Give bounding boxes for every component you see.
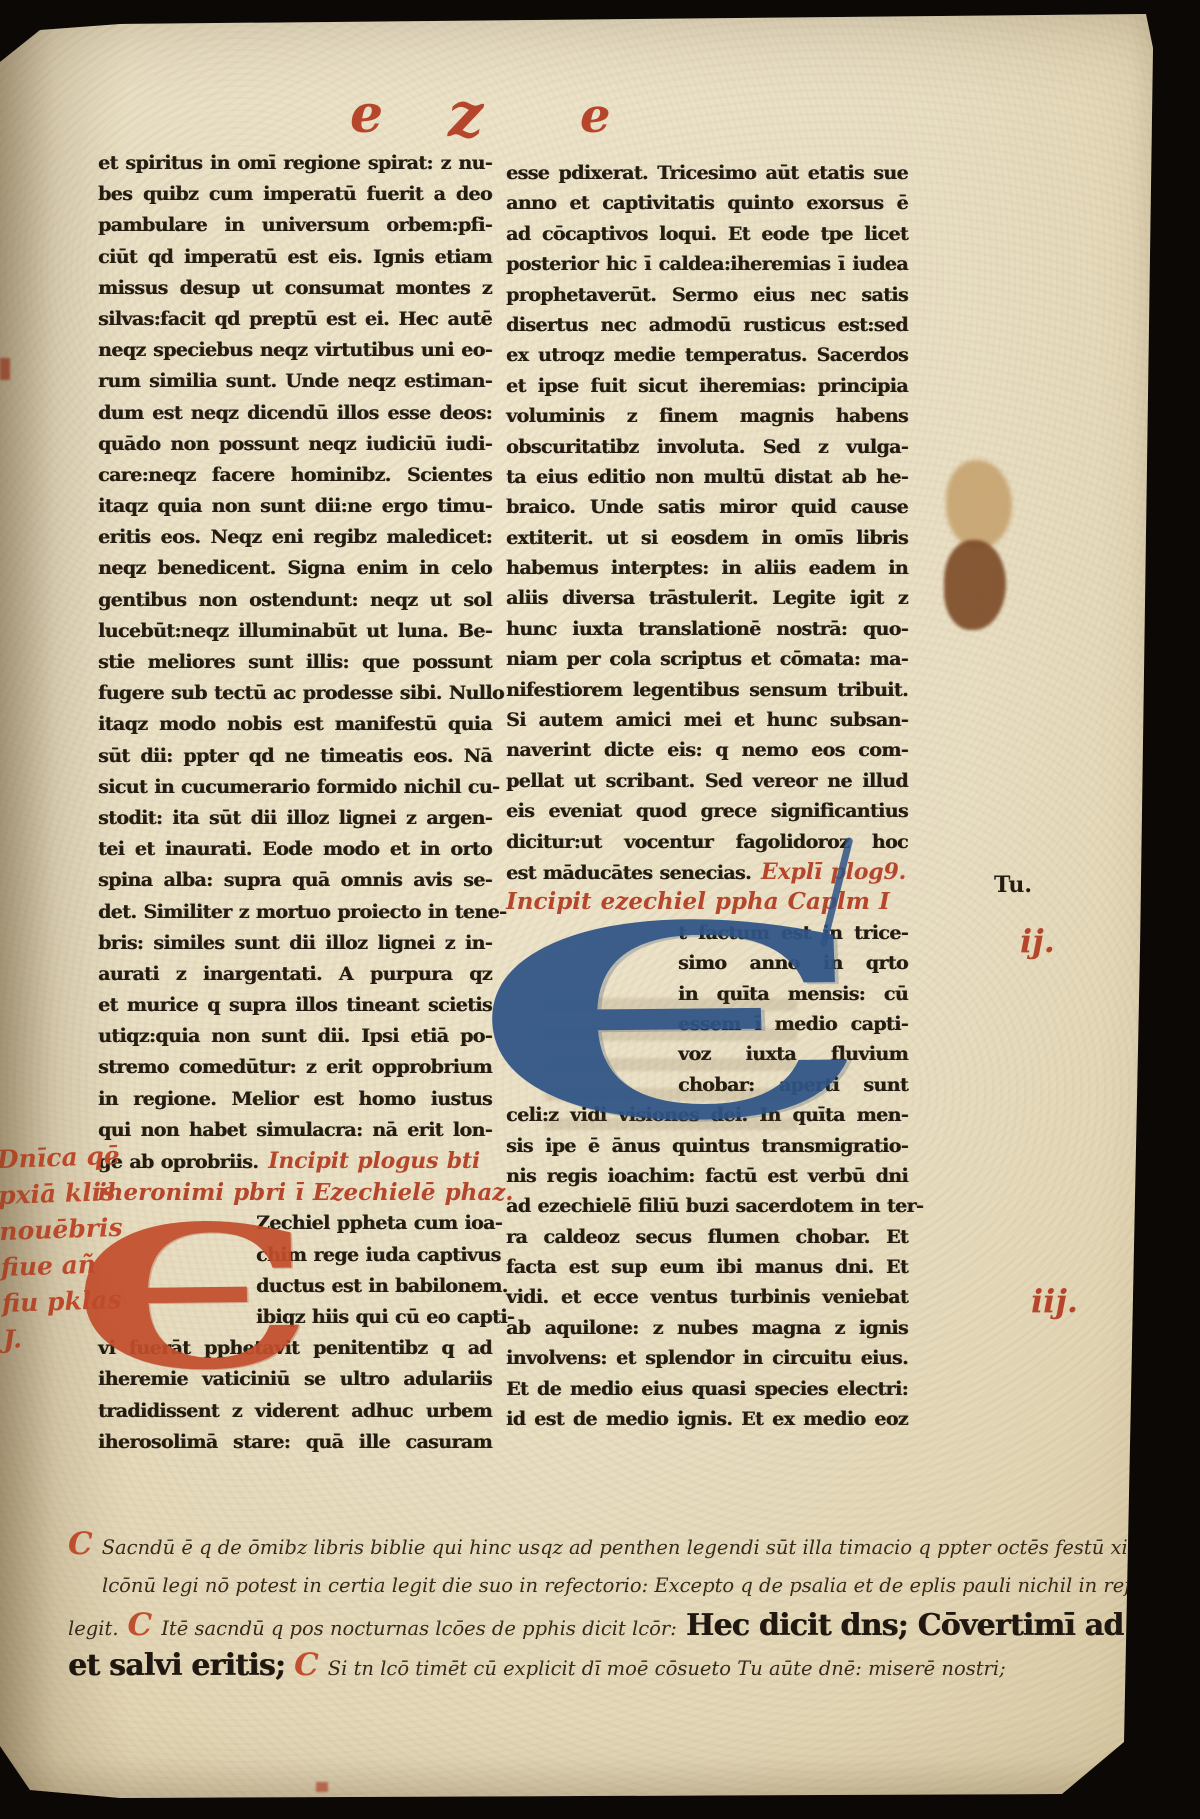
left-marginalia-note: Dnīca qēpxiā klisnouēbrisfiue añfiu pkla… xyxy=(0,1138,122,1358)
text-line: ab aquilone: z nubes magna z ignis xyxy=(506,1313,908,1343)
text-line-with-rubric: ge ab oprobriis. Incipit plogus bti xyxy=(98,1146,492,1177)
chapter-numeral-iii: iij. xyxy=(1031,1282,1078,1320)
text-line: utiqz:quia non sunt dii. Ipsi etiā po- xyxy=(98,1021,492,1052)
text-line: bes quibz cum imperatū fuerit a deo xyxy=(98,179,492,210)
text-line: voluminis z finem magnis habens xyxy=(506,401,908,431)
text-line: nifestiorem legentibus sensum tribuit. xyxy=(506,675,908,705)
text-line: lucebūt:neqz illuminabūt ut luna. Be- xyxy=(98,616,492,647)
annotation-text: Itē sacndū q pos nocturnas lcōes de pphi… xyxy=(161,1617,677,1640)
marginalia-line: fiue añ xyxy=(0,1246,119,1286)
annotation-line-3: legit. C Itē sacndū q pos nocturnas lcōe… xyxy=(68,1608,1193,1643)
manuscript-page: e z e et spiritus in omī regione spirat:… xyxy=(0,0,1200,1819)
rubric-incipit-prologue: Incipit plogus bti xyxy=(268,1146,480,1177)
edge-red-mark xyxy=(0,358,10,380)
text-line: anno et captivitatis quinto exorsus ē xyxy=(506,188,908,218)
foot-red-mark xyxy=(316,1782,328,1792)
text-line: ad ezechielē filiū buzi sacerdotem in te… xyxy=(506,1191,908,1221)
text-line: spina alba: supra quā omnis avis se- xyxy=(98,865,492,896)
text-line: dum est neqz dicendū illos esse deos: xyxy=(98,398,492,429)
text-line: et murice q supra illos tineant scietis xyxy=(98,990,492,1021)
text-line: tei et inaurati. Eode modo et in orto xyxy=(98,834,492,865)
text-line: disertus nec admodū rusticus est:sed xyxy=(506,310,908,340)
text-line: itaqz quia non sunt dii:ne ergo timu- xyxy=(98,491,492,522)
text-line: stie meliores sunt illis: que possunt xyxy=(98,647,492,678)
text-line: extiterit. ut si eosdem in omīs libris xyxy=(506,523,908,553)
marginalia-line: pxiā klis xyxy=(0,1174,117,1214)
marginalia-line: J. xyxy=(3,1318,122,1358)
pilcrow-icon: C xyxy=(294,1655,319,1675)
text-line: obscuritatibz involuta. Sed z vulga- xyxy=(506,432,908,462)
chapter-numeral-ii: ij. xyxy=(1020,922,1055,960)
text-line: aliis diversa trāstulerit. Legite igit z xyxy=(506,583,908,613)
text-line: rum similia sunt. Unde neqz estiman- xyxy=(98,366,492,397)
text-line: id est de medio ignis. Et ex medio eoz xyxy=(506,1404,908,1434)
annotation-textura-quote: et salvi eritis; xyxy=(68,1648,285,1683)
text-line: ex utroqz medie temperatus. Sacerdos xyxy=(506,340,908,370)
text-line: involvens: et splendor in circuitu eius. xyxy=(506,1343,908,1373)
marginalia-line: nouēbris xyxy=(0,1210,118,1250)
text-line: missus desup ut consumat montes z xyxy=(98,273,492,304)
annotation-text: legit. xyxy=(68,1617,119,1640)
text-line: ra caldeoz secus flumen chobar. Et xyxy=(506,1222,908,1252)
text-line: gentibus non ostendunt: neqz ut sol xyxy=(98,585,492,616)
text-line: ciūt qd imperatū est eis. Ignis etiam xyxy=(98,242,492,273)
text-line: eritis eos. Neqz eni regibz maledicet: xyxy=(98,522,492,553)
text-fragment: ge ab oprobriis. xyxy=(98,1147,258,1178)
text-line: naverint dicte eis: q nemo eos com- xyxy=(506,735,908,765)
header-letter-z: z xyxy=(448,78,483,151)
text-line: quādo non possunt neqz iudiciū iudi- xyxy=(98,429,492,460)
header-letter-e2: e xyxy=(580,88,611,144)
text-line: pambulare in universum orbem:pfi- xyxy=(98,210,492,241)
text-line: bris: similes sunt dii illoz lignei z in… xyxy=(98,928,492,959)
text-line: ad cōcaptivos loqui. Et eode tpe licet xyxy=(506,219,908,249)
text-line: habemus interptes: in aliis eadem in xyxy=(506,553,908,583)
annotation-text: Si tn lcō timēt cū explicit dī moē cōsue… xyxy=(328,1657,1006,1680)
pilcrow-icon: C xyxy=(128,1615,153,1635)
text-line: neqz speciebus neqz virtutibus uni eo- xyxy=(98,335,492,366)
text-line: iherosolimā stare: quā ille casuram xyxy=(98,1427,492,1458)
text-line: det. Similiter z mortuo proiecto in tene… xyxy=(98,897,492,928)
header-letter-e1: e xyxy=(350,84,383,145)
text-line: stodit: ita sūt dii illoz lignei z argen… xyxy=(98,803,492,834)
text-line: prophetaverūt. Sermo eius nec satis xyxy=(506,280,908,310)
right-column: esse pdixerat. Tricesimo aūt etatis suea… xyxy=(506,158,908,1434)
text-line: posterior hic ī caldea:iheremias ī iudea xyxy=(506,249,908,279)
margin-tu-cue: Tu. xyxy=(994,872,1032,898)
illuminated-initial-blue-E: Є xyxy=(468,924,875,1123)
text-line: in regione. Melior est homo iustus xyxy=(98,1084,492,1115)
text-line: et ipse fuit sicut iheremias: principia xyxy=(506,371,908,401)
text-line: sicut in cucumerario formido nichil cu- xyxy=(98,772,492,803)
parchment-stain-light xyxy=(946,460,1012,548)
text-line: sūt dii: ppter qd ne timeatis eos. Nā xyxy=(98,741,492,772)
text-line: Si autem amici mei et hunc subsan- xyxy=(506,705,908,735)
text-line: hunc iuxta translationē nostrā: quo- xyxy=(506,614,908,644)
text-line: silvas:facit qd preptū est ei. Hec autē xyxy=(98,304,492,335)
text-line: aurati z inargentati. A purpura qz xyxy=(98,959,492,990)
text-line: facta est sup eum ibi manus dni. Et xyxy=(506,1252,908,1282)
text-line: ta eius editio non multū distat ab he- xyxy=(506,462,908,492)
text-line: eis eveniat quod grece significantius xyxy=(506,796,908,826)
text-line: care:neqz facere hominibz. Scientes xyxy=(98,460,492,491)
text-line: pellat ut scribant. Sed vereor ne illud xyxy=(506,766,908,796)
annotation-line-4: et salvi eritis; C Si tn lcō timēt cū ex… xyxy=(68,1648,1006,1683)
text-line: itaqz modo nobis est manifestū quia xyxy=(98,709,492,740)
annotation-text: Sacndū ē q de ōmibz libris biblie qui hi… xyxy=(102,1536,1134,1559)
parchment-stain-dark xyxy=(944,540,1006,630)
text-line: vidi. et ecce ventus turbinis veniebat xyxy=(506,1282,908,1312)
text-line: neqz benedicent. Signa enim in celo xyxy=(98,553,492,584)
right-column-upper-lines: esse pdixerat. Tricesimo aūt etatis suea… xyxy=(506,158,908,857)
folio-number: 429 xyxy=(1115,1748,1150,1772)
text-line: esse pdixerat. Tricesimo aūt etatis sue xyxy=(506,158,908,188)
text-line: niam per cola scriptus et cōmata: ma- xyxy=(506,644,908,674)
left-column-upper-lines: et spiritus in omī regione spirat: z nu-… xyxy=(98,148,492,1146)
annotation-textura-quote: Hec dicit dns; Cōvertimī ad me: xyxy=(686,1608,1193,1643)
text-line: fugere sub tectū ac prodesse sibi. Nullo xyxy=(98,678,492,709)
text-line: et spiritus in omī regione spirat: z nu- xyxy=(98,148,492,179)
manuscript-scan: e z e et spiritus in omī regione spirat:… xyxy=(0,0,1200,1819)
text-line: Et de medio eius quasi species electri: xyxy=(506,1374,908,1404)
annotation-text: lcōnū legi nō potest in certia legit die… xyxy=(102,1574,1200,1597)
pilcrow-icon: C xyxy=(68,1534,93,1554)
text-line: qui non habet simulacra: nā erit lon- xyxy=(98,1115,492,1146)
annotation-line-2: lcōnū legi nō potest in certia legit die… xyxy=(68,1574,1200,1597)
marginalia-line: Dnīca qē xyxy=(0,1138,115,1178)
text-line: braico. Unde satis miror quid cause xyxy=(506,492,908,522)
annotation-line-1: C Sacndū ē q de ōmibz libris biblie qui … xyxy=(68,1534,1134,1559)
text-line: stremo comedūtur: z erit opprobrium xyxy=(98,1052,492,1083)
marginalia-line: fiu pklas xyxy=(1,1282,120,1322)
